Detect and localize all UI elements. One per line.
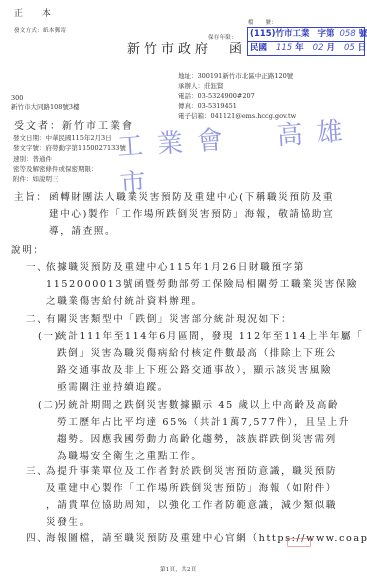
explanation-label: 說明： bbox=[11, 242, 45, 259]
attachment-note: 附件：如說明三 bbox=[13, 174, 126, 184]
stamp-day-label: 日 bbox=[358, 43, 367, 53]
stamp-day: 05 bbox=[344, 43, 355, 53]
item-4-body: 海報圖檔，請至職災預防及重建中心官網（https://www.coap bbox=[46, 530, 367, 547]
stamp-year-label: 年 bbox=[295, 43, 304, 53]
received-ink-stamp: 工業會 高雄 市 bbox=[116, 109, 367, 200]
sender-address: 地址：300191新竹市北區中正路120號 bbox=[178, 71, 296, 81]
subject-line: 函轉財團法人職業災害預防及重建中心(下稱職災預防及重 bbox=[49, 189, 334, 206]
stamp-number: 058 bbox=[339, 29, 355, 39]
document-meta: 發文日期：中華民國115年2月3日 發文字號：府勞動字第1150027133號 … bbox=[13, 133, 126, 184]
delivery-method: 發文方式：紙本郵寄 bbox=[14, 26, 66, 34]
copy-label: 正 本 bbox=[14, 6, 59, 19]
recipient-postal-code: 300 bbox=[11, 94, 80, 103]
subitem-line: 路交通事故及非上下班公路交通事故），顯示該災害風險 bbox=[57, 362, 363, 379]
sender-info: 地址：300191新竹市北區中正路120號 承辦人：莊鈺賢 電話：03-5324… bbox=[178, 71, 296, 121]
subitem-2-1-body: 統計111年至114年6月區間，發現 112年至114上半年屬「 跌倒」災害為職… bbox=[57, 328, 363, 396]
subject-line: 建中心)製作「工作場所跌倒災害預防」海報，敬請協助宣 bbox=[49, 206, 334, 223]
subitem-line: 另統計期間之跌倒災害數據顯示 45 歲以上中高齡及高齡 bbox=[57, 397, 350, 414]
receipt-stamp-date-row: 民國 115 年 02 月 05 日 bbox=[248, 41, 364, 55]
stamp-word-label: 字第 bbox=[317, 29, 334, 39]
speed-category: 速別：普通件 bbox=[13, 154, 126, 164]
red-mark bbox=[287, 538, 311, 547]
stamp-era: 民國 bbox=[250, 43, 267, 53]
issue-date: 發文日期：中華民國115年2月3日 bbox=[13, 133, 126, 143]
item-line: 之職業傷害給付統計資料辦理。 bbox=[46, 293, 358, 310]
secrecy-level: 密等及解密條件或保密期限： bbox=[13, 164, 126, 174]
subject-label: 主旨： bbox=[14, 189, 48, 206]
receipt-stamp: (115)竹市工業 字第 058 號 民國 115 年 02 月 05 日 bbox=[247, 27, 365, 56]
sender-contact: 承辦人：莊鈺賢 bbox=[178, 81, 296, 91]
receipt-stamp-number-row: (115)竹市工業 字第 058 號 bbox=[248, 28, 364, 41]
file-number-label: 檔 號： bbox=[248, 18, 277, 26]
item-line: 災發生。 bbox=[46, 514, 337, 531]
item-2-body: 有關災害類型中「跌倒」災害部分統計現況如下： bbox=[46, 311, 292, 328]
subitem-line: 趨勢。因應我國勞動力高齡化趨勢，該族群跌倒災害需列 bbox=[57, 431, 350, 448]
sender-fax: 傳真：03-5319451 bbox=[178, 101, 296, 111]
page-indicator: 第1頁，共2頁 bbox=[160, 565, 197, 573]
recipient-address: 300 新竹市大同路108號3樓 bbox=[11, 94, 80, 112]
document-title: 新竹市政府 函 bbox=[127, 38, 246, 57]
item-3-body: 為提升事業單位及工作者對於跌倒災害預防意識，職災預防 及重建中心製作「工作場所跌… bbox=[46, 463, 337, 531]
subitem-line: 統計111年至114年6月區間，發現 112年至114上半年屬「 bbox=[57, 328, 363, 345]
item-line: 及重建中心製作「工作場所跌倒災害預防」海報（如附件） bbox=[46, 480, 337, 497]
item-line: 為提升事業單位及工作者對於跌倒災害預防意識，職災預防 bbox=[46, 463, 337, 480]
stamp-year: 115 bbox=[276, 43, 292, 53]
stamp-month: 02 bbox=[313, 43, 324, 53]
stamp-org: (115)竹市工業 bbox=[250, 29, 310, 39]
stamp-number-suffix: 號 bbox=[359, 29, 367, 39]
item-line: ，請貴單位協助周知，以強化工作者防範意識，減少類似職 bbox=[46, 497, 337, 514]
document-number: 發文字號：府勞動字第1150027133號 bbox=[13, 143, 126, 153]
subitem-line: 勞工歷年占比平均達 65%（共計1萬7,577件），且呈上升 bbox=[57, 414, 350, 431]
sender-phone: 電話：03-5324900#207 bbox=[178, 91, 296, 101]
subitem-2-2-body: 另統計期間之跌倒災害數據顯示 45 歲以上中高齡及高齡 勞工歷年占比平均達 65… bbox=[57, 397, 350, 465]
item-line: 依據職災預防及重建中心115年1月26日財職預字第 bbox=[46, 259, 358, 276]
stamp-month-label: 月 bbox=[326, 43, 335, 53]
subitem-line: 亟需關注並持續追蹤。 bbox=[57, 379, 363, 396]
item-1-body: 依據職災預防及重建中心115年1月26日財職預字第 1152000013號函暨勞… bbox=[46, 259, 358, 310]
subitem-line: 跌倒」災害為職災傷病給付核定件數最高（排除上下班公 bbox=[57, 345, 363, 362]
item-line: 1152000013號函暨勞動部勞工保險局相關勞工職業災害保險 bbox=[46, 276, 358, 293]
subject-body: 函轉財團法人職業災害預防及重建中心(下稱職災預防及重 建中心)製作「工作場所跌倒… bbox=[49, 189, 334, 240]
recipient-street: 新竹市大同路108號3樓 bbox=[11, 103, 80, 112]
subject-line: 導，請查照。 bbox=[49, 223, 334, 240]
